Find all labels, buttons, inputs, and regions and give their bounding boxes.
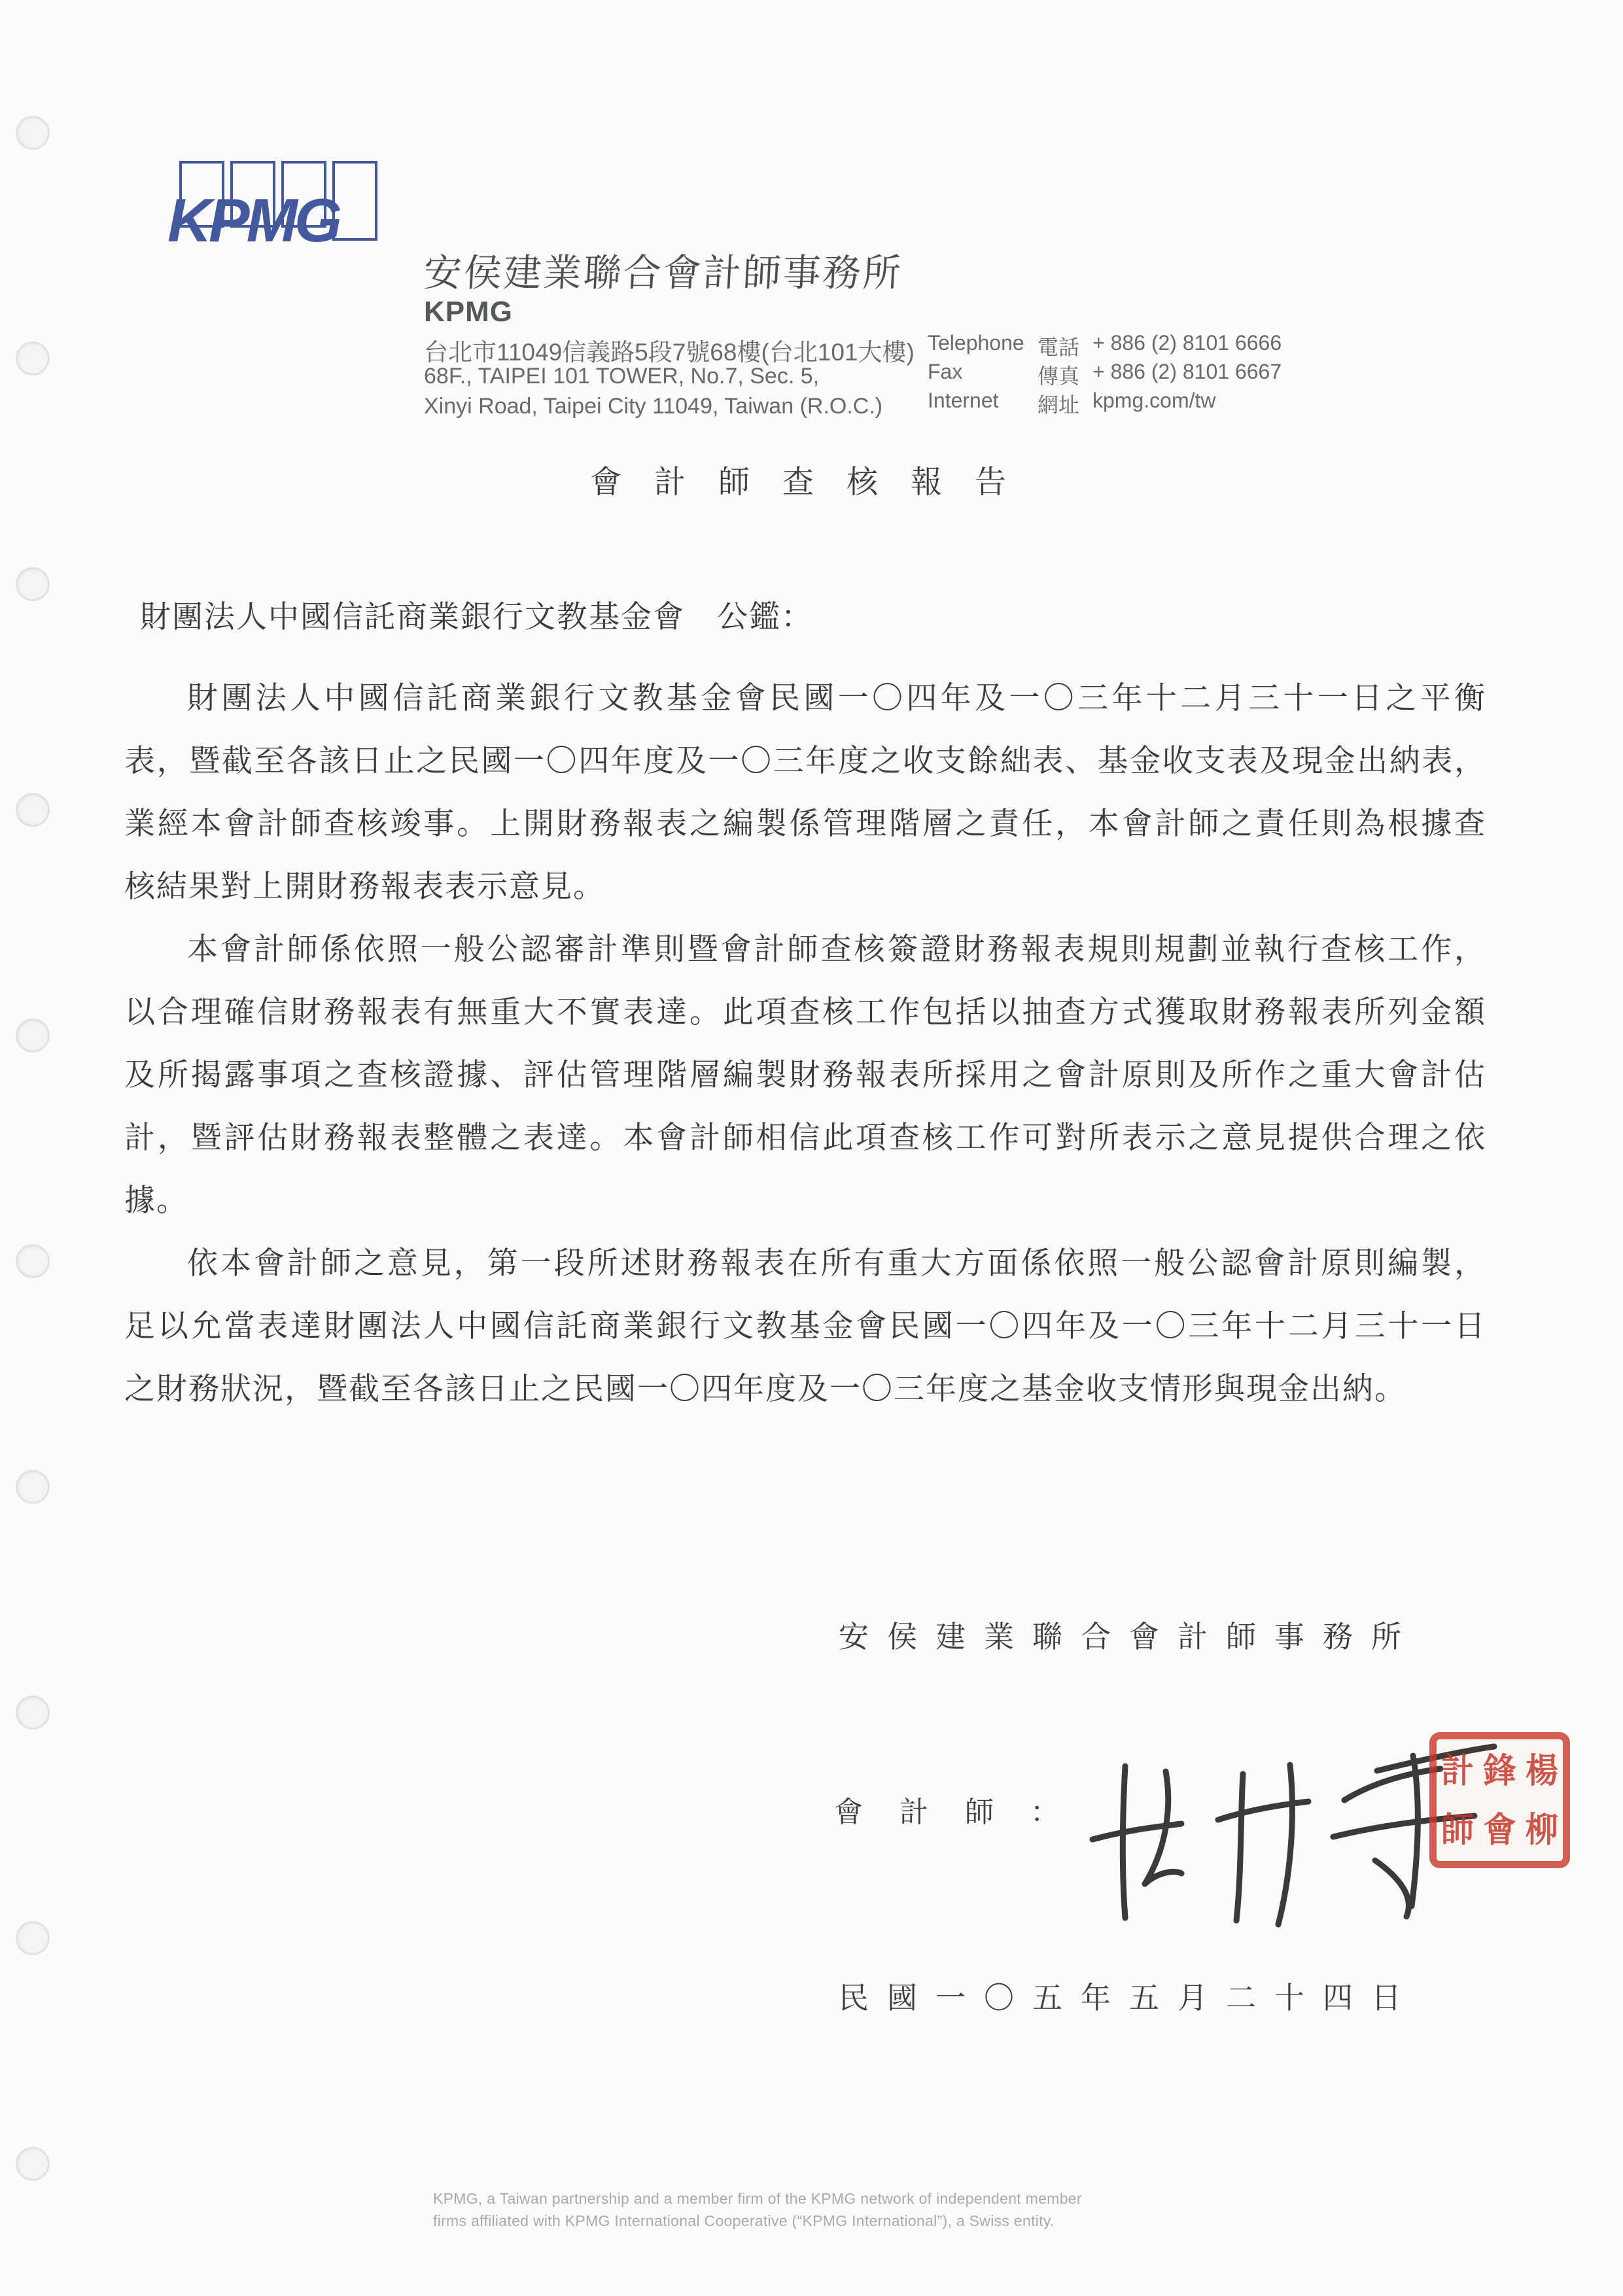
seal-column-text: 楊柳 [1524, 1741, 1560, 1860]
body-line: 計，暨評估財務報表整體之表達。本會計師相信此項查核工作可對所表示之意見提供合理之… [124, 1107, 1486, 1170]
body-line: 依本會計師之意見，第一段所述財務報表在所有重大方面係依照一般公認會計原則編製， [124, 1232, 1486, 1295]
contact-label-en: Fax [928, 360, 1038, 384]
contact-label-zh: 傳真 [1038, 360, 1092, 390]
address-english-line1: 68F., TAIPEI 101 TOWER, No.7, Sec. 5, [424, 364, 819, 389]
contact-label-zh: 網址 [1038, 389, 1092, 419]
address-chinese: 台北市11049信義路5段7號68樓(台北101大樓) [424, 332, 915, 368]
body-line: 業經本會計師查核竣事。上開財務報表之編製係管理階層之責任，本會計師之責任則為根據… [124, 793, 1486, 856]
contact-row: Internet 網址 kpmg.com/tw [928, 389, 1282, 417]
body-line: 核結果對上開財務報表表示意見。 [124, 856, 1486, 918]
punch-hole [16, 1018, 50, 1052]
kpmg-logo-wordmark: KPMG [167, 190, 339, 251]
footer-line-1: KPMG, a Taiwan partnership and a member … [433, 2187, 1082, 2210]
punch-hole [16, 567, 50, 601]
closing-firm-name: 安侯建業聯合會計師事務所 [839, 1613, 1420, 1656]
contact-row: Fax 傳真 + 886 (2) 8101 6667 [928, 360, 1282, 389]
footer-disclaimer: KPMG, a Taiwan partnership and a member … [433, 2187, 1082, 2232]
contact-value: kpmg.com/tw [1092, 389, 1215, 413]
punch-hole [16, 341, 50, 375]
firm-name-latin: KPMG [424, 296, 513, 328]
seal-column-text: 計師 [1439, 1741, 1476, 1860]
contact-label-zh: 電話 [1038, 331, 1092, 361]
address-english-line2: Xinyi Road, Taipei City 11049, Taiwan (R… [424, 394, 882, 419]
contact-block: Telephone 電話 + 886 (2) 8101 6666 Fax 傳真 … [928, 331, 1282, 417]
punch-hole [16, 1244, 50, 1278]
punch-hole [16, 2147, 50, 2181]
body-line: 之財務狀況，暨截至各該日止之民國一〇四年度及一〇三年度之基金收支情形與現金出納。 [124, 1358, 1486, 1421]
salutation-line: 財團法人中國信託商業銀行文教基金會 公鑑： [140, 593, 813, 636]
contact-value: + 886 (2) 8101 6667 [1092, 360, 1282, 384]
punch-hole [16, 116, 50, 150]
punch-hole [16, 1470, 50, 1504]
kpmg-logo: KPMG [171, 161, 387, 252]
seal-column-text: 鋒會 [1481, 1741, 1518, 1860]
firm-name-calligraphy: 安侯建業聯合會計師事務所 [423, 242, 904, 297]
audit-report-page: KPMG 安侯建業聯合會計師事務所 KPMG 台北市11049信義路5段7號68… [0, 0, 1623, 2296]
contact-label-en: Internet [928, 389, 1038, 413]
body-line: 足以允當表達財團法人中國信託商業銀行文教基金會民國一〇四年及一〇三年十二月三十一… [124, 1295, 1486, 1358]
body-line: 表，暨截至各該日止之民國一〇四年度及一〇三年度之收支餘絀表、基金收支表及現金出納… [124, 730, 1486, 793]
punch-hole [16, 1696, 50, 1730]
report-date: 民國一〇五年五月二十四日 [839, 1974, 1420, 2017]
body-line: 及所揭露事項之查核證據、評估管理階層編製財務報表所採用之會計原則及所作之重大會計… [124, 1044, 1486, 1107]
body-line: 本會計師係依照一般公認審計準則暨會計師查核簽證財務報表規則規劃並執行查核工作， [124, 918, 1486, 981]
body-line: 據。 [124, 1170, 1486, 1232]
accountant-seal-stamp: 楊柳鋒會計師 [1429, 1732, 1570, 1868]
contact-value: + 886 (2) 8101 6666 [1092, 331, 1282, 355]
punch-hole [16, 1921, 50, 1955]
body-line: 財團法人中國信託商業銀行文教基金會民國一〇四年及一〇三年十二月三十一日之平衡 [124, 667, 1486, 730]
page-title: 會計師查核報告 [590, 457, 1039, 502]
contact-label-en: Telephone [928, 331, 1038, 355]
footer-line-2: firms affiliated with KPMG International… [433, 2210, 1082, 2232]
body-line: 以合理確信財務報表有無重大不實表達。此項查核工作包括以抽查方式獲取財務報表所列金… [124, 981, 1486, 1044]
contact-row: Telephone 電話 + 886 (2) 8101 6666 [928, 331, 1282, 360]
punch-hole [16, 793, 50, 827]
report-body: 財團法人中國信託商業銀行文教基金會民國一〇四年及一〇三年十二月三十一日之平衡表，… [124, 667, 1486, 1421]
